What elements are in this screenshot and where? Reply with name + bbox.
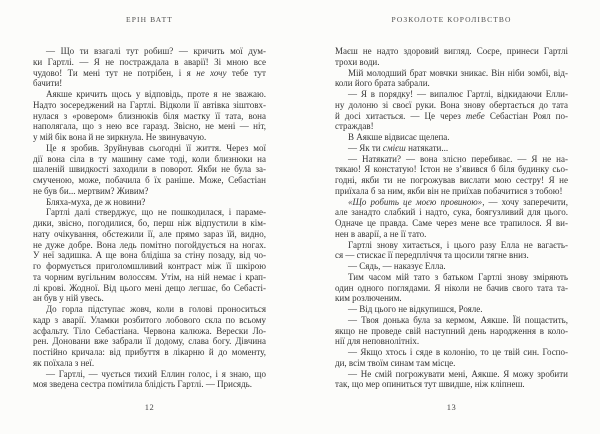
text-line: якщо не проведе свій наступний день наро… [335,326,568,337]
text-line: ну долоню зі своєї руки. Вона знову обер… [335,100,568,111]
text-line: Бляха-муха, де ж новини? [33,197,266,208]
text-line: але занадто слабкий і надто, сука, боягу… [335,207,568,218]
text-line: ди, всім твоїм синам там місце. [335,358,568,369]
text-line: — Сядь, — наказує Елла. [335,261,568,272]
text-line: не був би... мертвим? Живим? [33,186,266,197]
text-line: рен. Доновани вже забрали її додому, сла… [33,336,266,347]
text-line: дії вона сіла в ту машину саме тоді, кол… [33,154,266,165]
left-running-head: ЕРІН ВАТТ [33,15,266,24]
text-line: го формується приголомшливий контраст мі… [33,261,266,272]
text-line: наполягала, що з нею все гаразд. Звісно,… [33,121,266,132]
text-line: ки Гартлі. — Я не постраждала в аварії! … [33,57,266,68]
text-line: трохи води. [335,57,568,68]
text-line: нії для неповнолітніх. [335,336,568,347]
right-running-head: РОЗКОЛОТЕ КОРОЛІВСТВО [335,15,568,24]
text-line: шаленій швидкості заходили в поворот. Як… [33,164,266,175]
text-line: не дуже добре. Вона ледь помітно погойду… [33,240,266,251]
right-page-lines: Маєш не надто здоровий вигляд. Соєре, пр… [335,46,568,390]
text-line: — Натякати? — вона злісно перебиває. — Я… [335,154,568,165]
text-line: ан був у ній увесь. [33,293,266,304]
text-line: у мій бік вона й не зиркнула. Не звинува… [33,132,266,143]
text-line: У неї задишка. А ще вона блідіша за стін… [33,250,266,261]
text-line: В Аякше відвисає щелепа. [335,132,568,143]
text-line: чудово! Ти мені тут не потрібен, і я не … [33,68,266,79]
text-line: Це я зробив. Зруйнував сьогодні її життя… [33,143,266,154]
text-line: — Якщо хтось і сяде в колонію, то це тві… [335,347,568,358]
left-page-lines: — Що ти взагалі тут робиш? — кричить мої… [33,46,266,390]
text-line: приїхала б за ним, якби він не приїхав п… [335,186,568,197]
text-line: ся — стискає її передпліччя та щосили тя… [335,250,568,261]
text-line: — Що ти взагалі тут робиш? — кричить мої… [33,46,266,57]
text-line: — Гартлі, — чується тихий Еллин голос, і… [33,369,266,380]
text-line: нулася з «ровером» близнюків біля маєтку… [33,111,266,122]
text-line: Аякше кричить щось у відповідь, проте я … [33,89,266,100]
right-page-number: 13 [335,402,568,412]
text-line: моя зведена сестра помітила блідість Гар… [33,379,266,390]
text-line: До горла підступає жовч, коли в голові п… [33,304,266,315]
text-line: «Що робить це моєю провиною», — хочу зап… [335,197,568,208]
left-page-number: 12 [33,402,266,412]
text-line: та чорним вугільним волоссям. Утім, на н… [33,272,266,283]
text-line: бачити! [33,78,266,89]
book-spread: ЕРІН ВАТТ — Що ти взагалі тут робиш? — к… [0,0,600,434]
text-line: — Я в порядку! — випалює Гартлі, відкида… [335,89,568,100]
text-line: постійно кричала: від прибуття в лікарню… [33,347,266,358]
text-line: тякаю! Я констатую! Істон не з’явився б … [335,164,568,175]
text-line: страждав! [335,121,568,132]
text-line: так, що мер опиниться тут швидше, ніж кл… [335,379,568,390]
text-line: — Як ти смієш натякати... [335,143,568,154]
text-line: ким розлюченим. [335,293,568,304]
text-line: Гартлі далі стверджує, що не пошкодилася… [33,207,266,218]
text-line: Маєш не надто здоровий вигляд. Соєре, пр… [335,46,568,57]
text-line: — Твоя донька була за кермом, Аякше. Їй … [335,315,568,326]
text-line: Тим часом мій тато з батьком Гартлі знов… [335,272,568,283]
text-line: й досі хитається. — Це через тебе Себаст… [335,111,568,122]
text-line: дики, звісно, погодилися, бо, перш ніж в… [33,218,266,229]
text-line: нату очікування, обстежили її, але прямо… [33,229,266,240]
text-line: Мій молодший брат мовчки зникає. Він ніб… [335,68,568,79]
text-line: Одначе це правда. Саме через мене все тр… [335,218,568,229]
text-line: Надто зосереджений на Гартлі. Відколи її… [33,100,266,111]
text-line: кадр з аварії. Уламки розбитого лобового… [33,315,266,326]
left-page: ЕРІН ВАТТ — Що ти взагалі тут робиш? — к… [33,0,266,434]
text-line: смученою, може, побачила б їх раніше. Мо… [33,175,266,186]
text-line: нен в аварії, а не її тато. [335,229,568,240]
text-line: — Від цього не відкупишся, Рояле. [335,304,568,315]
text-line: лі крові. Жодної. Від цього мені дещо ле… [33,283,266,294]
text-line: Гартлі знову хитається, і цього разу Елл… [335,240,568,251]
text-line: один одного поглядами. Я ніколи не бачив… [335,283,568,294]
text-line: асфальту. Тіло Себастіана. Червона калюж… [33,326,266,337]
text-line: — Не смій погрожувати мені, Аякше. Я мож… [335,369,568,380]
right-page: РОЗКОЛОТЕ КОРОЛІВСТВО Маєш не надто здор… [335,0,568,434]
text-line: годні, якби ти не погрожував вислати мою… [335,175,568,186]
text-line: як поїхала з неї. [33,358,266,369]
text-line: коли його брата забрали. [335,78,568,89]
